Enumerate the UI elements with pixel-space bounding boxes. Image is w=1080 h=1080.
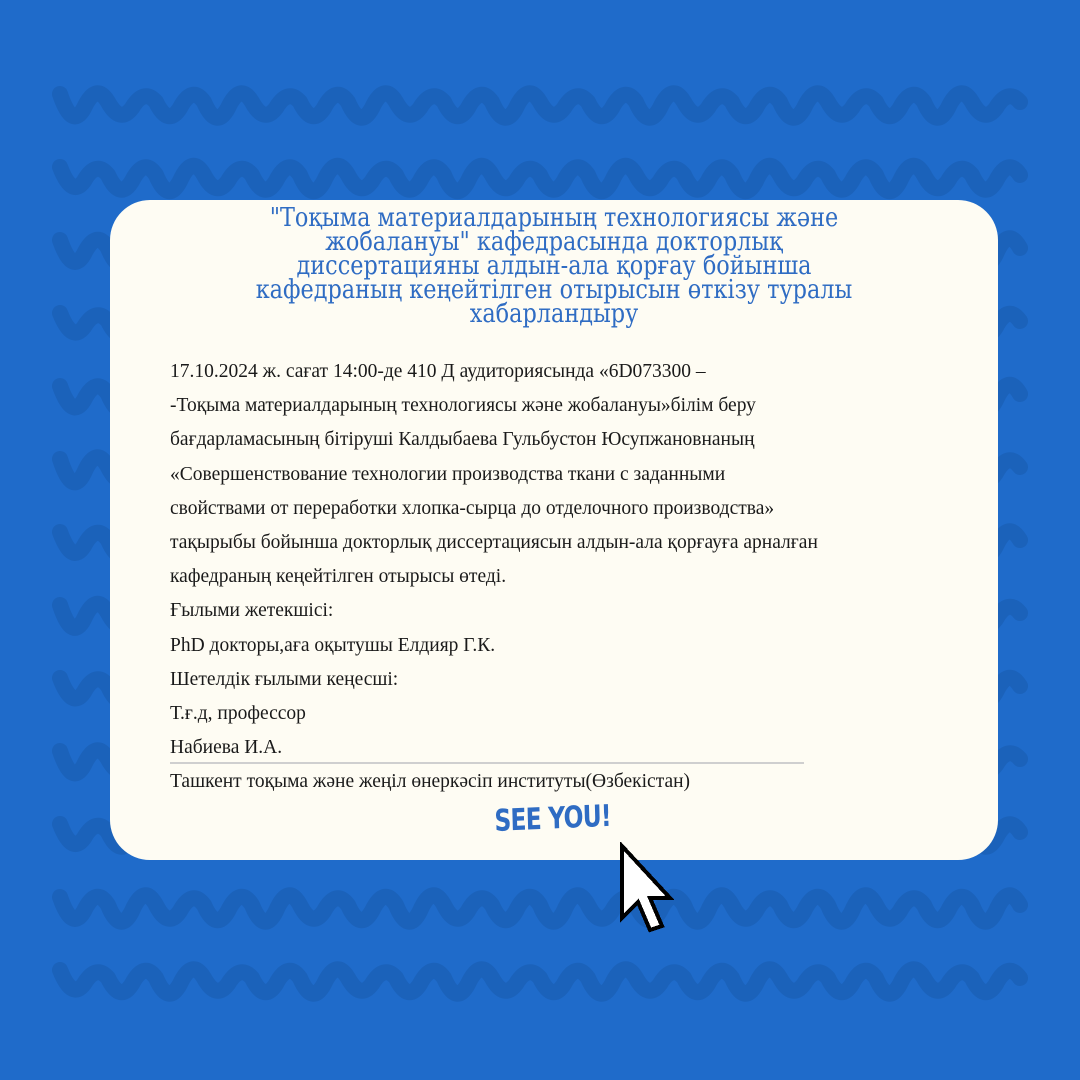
body-line: -Тоқыма материалдарының технологиясы жән… (170, 389, 990, 423)
announcement-body: 17.10.2024 ж. сағат 14:00-де 410 Д аудит… (170, 355, 990, 800)
body-line: тақырыбы бойынша докторлық диссертациясы… (170, 526, 990, 560)
foreign-advisor-name: Набиева И.А. (170, 731, 990, 765)
title-line: хабарландыру (207, 302, 902, 326)
supervisor-name: PhD докторы,аға оқытушы Елдияр Г.К. (170, 629, 990, 663)
body-line: свойствами от переработки хлопка-сырца д… (170, 492, 990, 526)
mouse-pointer-icon (618, 842, 674, 938)
see-you-text: SEE YOU! (494, 799, 611, 839)
announcement-card: "Тоқыма материалдарының технологиясы жән… (110, 200, 998, 860)
supervisor-label: Ғылыми жетекшісі: (170, 594, 990, 628)
divider (170, 762, 804, 764)
body-line: кафедраның кеңейтілген отырысы өтеді. (170, 560, 990, 594)
foreign-advisor-label: Шетелдік ғылыми кеңесші: (170, 663, 990, 697)
body-line: бағдарламасының бітіруші Калдыбаева Гуль… (170, 423, 990, 457)
body-line: «Совершенствование технологии производст… (170, 458, 990, 492)
announcement-title: "Тоқыма материалдарының технологиясы жән… (207, 206, 902, 326)
foreign-advisor-title: Т.ғ.д, профессор (170, 697, 990, 731)
body-line: 17.10.2024 ж. сағат 14:00-де 410 Д аудит… (170, 355, 990, 389)
institution: Ташкент тоқыма және жеңіл өнеркәсіп инст… (170, 765, 990, 799)
